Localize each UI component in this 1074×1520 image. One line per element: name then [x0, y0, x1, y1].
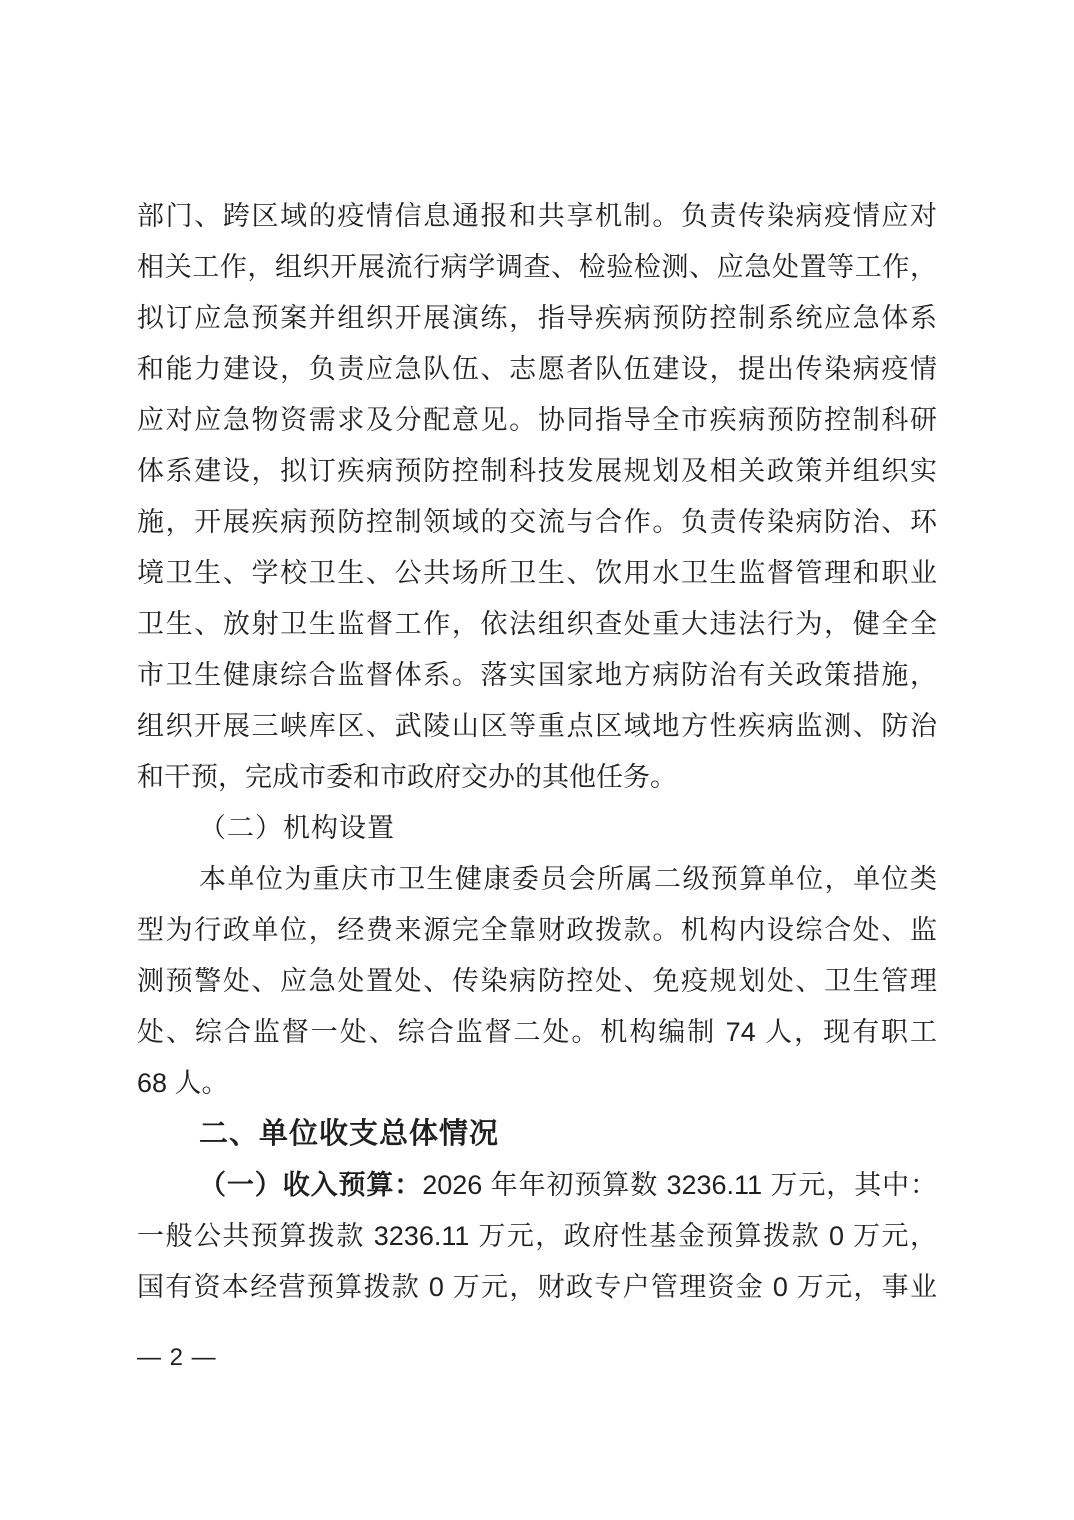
text-segment: 拟订应急预案并组织开展演练，指导疾病预防控制系统应急体系	[137, 303, 937, 333]
text-line: 本单位为重庆市卫生健康委员会所属二级预算单位，单位类	[137, 854, 937, 905]
text-line: 处、综合监督一处、综合监督二处。机构编制 74 人，现有职工	[137, 1007, 937, 1058]
text-segment: 和干预，完成市委和市政府交办的其他任务。	[137, 762, 677, 792]
subsection-title: （二）机构设置	[137, 803, 937, 854]
text-segment: 卫生、放射卫生监督工作，依法组织查处重大违法行为，健全全	[137, 609, 937, 639]
text-segment: 体系建设，拟订疾病预防控制科技发展规划及相关政策并组织实	[137, 456, 937, 486]
text-line: 相关工作，组织开展流行病学调查、检验检测、应急处置等工作，	[137, 242, 937, 293]
page-number-label: — 2 —	[137, 1344, 217, 1371]
text-line: 和干预，完成市委和市政府交办的其他任务。	[137, 752, 937, 803]
page-number: — 2 —	[137, 1344, 217, 1372]
page: 部门、跨区域的疫情信息通报和共享机制。负责传染病疫情应对相关工作，组织开展流行病…	[0, 0, 1074, 1520]
text-line: 市卫生健康综合监督体系。落实国家地方病防治有关政策措施，	[137, 650, 937, 701]
text-segment: 应对应急物资需求及分配意见。协同指导全市疾病预防控制科研	[137, 405, 937, 435]
text-segment: 和能力建设，负责应急队伍、志愿者队伍建设，提出传染病疫情	[137, 354, 937, 384]
text-segment: 测预警处、应急处置处、传染病防控处、免疫规划处、卫生管理	[137, 966, 937, 996]
text-segment: （一）收入预算：	[199, 1170, 422, 1200]
text-line: 68 人。	[137, 1058, 937, 1109]
text-line: 体系建设，拟订疾病预防控制科技发展规划及相关政策并组织实	[137, 446, 937, 497]
text-segment: 二、单位收支总体情况	[199, 1118, 499, 1150]
text-segment: 2026 年年初预算数 3236.11 万元，其中：	[422, 1170, 937, 1200]
text-line: 拟订应急预案并组织开展演练，指导疾病预防控制系统应急体系	[137, 293, 937, 344]
text-line: 国有资本经营预算拨款 0 万元，财政专户管理资金 0 万元，事业	[137, 1262, 937, 1313]
text-segment: 市卫生健康综合监督体系。落实国家地方病防治有关政策措施，	[137, 660, 937, 690]
text-line: 测预警处、应急处置处、传染病防控处、免疫规划处、卫生管理	[137, 956, 937, 1007]
text-segment: 施，开展疾病预防控制领域的交流与合作。负责传染病防治、环	[137, 507, 937, 537]
text-segment: 国有资本经营预算拨款 0 万元，财政专户管理资金 0 万元，事业	[137, 1272, 937, 1302]
text-line: 境卫生、学校卫生、公共场所卫生、饮用水卫生监督管理和职业	[137, 548, 937, 599]
text-segment: 组织开展三峡库区、武陵山区等重点区域地方性疾病监测、防治	[137, 711, 937, 741]
text-segment: 本单位为重庆市卫生健康委员会所属二级预算单位，单位类	[199, 864, 937, 894]
text-segment: 一般公共预算拨款 3236.11 万元，政府性基金预算拨款 0 万元，	[137, 1221, 937, 1251]
text-segment: 相关工作，组织开展流行病学调查、检验检测、应急处置等工作，	[137, 252, 937, 282]
text-line: 型为行政单位，经费来源完全靠财政拨款。机构内设综合处、监	[137, 905, 937, 956]
text-line: 一般公共预算拨款 3236.11 万元，政府性基金预算拨款 0 万元，	[137, 1211, 937, 1262]
text-line: 和能力建设，负责应急队伍、志愿者队伍建设，提出传染病疫情	[137, 344, 937, 395]
text-segment: （二）机构设置	[199, 813, 395, 843]
text-line: 应对应急物资需求及分配意见。协同指导全市疾病预防控制科研	[137, 395, 937, 446]
text-line: （一）收入预算：2026 年年初预算数 3236.11 万元，其中：	[137, 1160, 937, 1211]
text-segment: 68 人。	[137, 1068, 229, 1098]
text-segment: 部门、跨区域的疫情信息通报和共享机制。负责传染病疫情应对	[137, 201, 937, 231]
document-body: 部门、跨区域的疫情信息通报和共享机制。负责传染病疫情应对相关工作，组织开展流行病…	[137, 191, 937, 1313]
text-line: 部门、跨区域的疫情信息通报和共享机制。负责传染病疫情应对	[137, 191, 937, 242]
text-segment: 境卫生、学校卫生、公共场所卫生、饮用水卫生监督管理和职业	[137, 558, 937, 588]
text-line: 施，开展疾病预防控制领域的交流与合作。负责传染病防治、环	[137, 497, 937, 548]
text-segment: 处、综合监督一处、综合监督二处。机构编制 74 人，现有职工	[137, 1017, 937, 1047]
text-line: 组织开展三峡库区、武陵山区等重点区域地方性疾病监测、防治	[137, 701, 937, 752]
text-line: 卫生、放射卫生监督工作，依法组织查处重大违法行为，健全全	[137, 599, 937, 650]
text-segment: 型为行政单位，经费来源完全靠财政拨款。机构内设综合处、监	[137, 915, 937, 945]
section-title: 二、单位收支总体情况	[137, 1109, 937, 1160]
